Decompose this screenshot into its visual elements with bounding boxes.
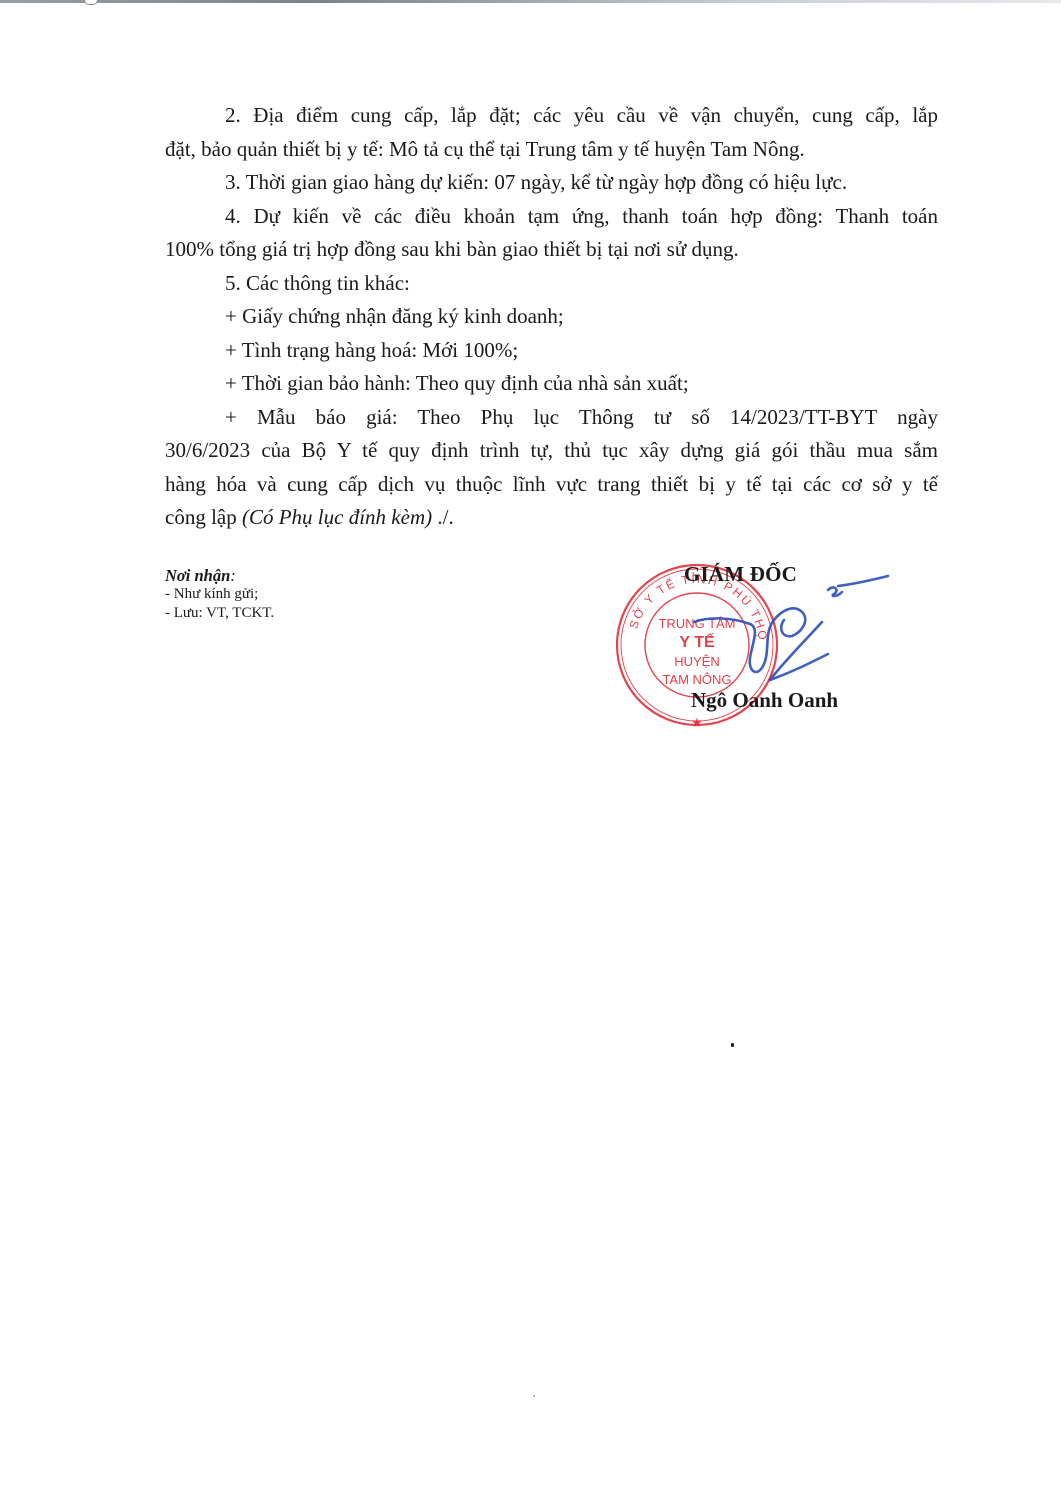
closing-mark: ./. (432, 505, 454, 529)
stamp-star-icon: ★ (691, 715, 703, 730)
signature-block: SỞ Y TẾ TỈNH PHÚ THỌ TRUNG TÂM Y TẾ HUYỆ… (612, 560, 892, 750)
item-2-line-1: 2. Địa điểm cung cấp, lắp đặt; các yêu c… (165, 99, 938, 133)
scan-binder-notch (84, 0, 98, 5)
quote-template-line-2: 30/6/2023 của Bộ Y tế quy định trình tự,… (165, 434, 938, 468)
recipient-item: - Lưu: VT, TCKT. (165, 604, 274, 623)
scan-top-edge (0, 0, 1061, 3)
quote-template-line-1: + Mẫu báo giá: Theo Phụ lục Thông tư số … (165, 401, 938, 435)
item-3: 3. Thời gian giao hàng dự kiến: 07 ngày,… (165, 166, 938, 200)
quote-template-line-3: hàng hóa và cung cấp dịch vụ thuộc lĩnh … (165, 468, 938, 502)
item-5-bullet-business-license: + Giấy chứng nhận đăng ký kinh doanh; (165, 300, 938, 334)
scan-speck (533, 1395, 535, 1397)
recipients-block: Nơi nhận: - Như kính gửi; - Lưu: VT, TCK… (165, 566, 274, 623)
recipients-heading: Nơi nhận: (165, 566, 274, 585)
item-4-line-1: 4. Dự kiến về các điều khoản tạm ứng, th… (165, 200, 938, 234)
item-5-heading: 5. Các thông tin khác: (165, 267, 938, 301)
item-4-line-2: 100% tổng giá trị hợp đồng sau khi bàn g… (165, 233, 938, 267)
item-2-line-2: đặt, bảo quản thiết bị y tế: Mô tả cụ th… (165, 133, 938, 167)
quote-template-line-4: công lập (Có Phụ lục đính kèm) ./. (165, 501, 938, 535)
document-body: 2. Địa điểm cung cấp, lắp đặt; các yêu c… (165, 99, 938, 535)
item-5-bullet-warranty: + Thời gian bảo hành: Theo quy định của … (165, 367, 938, 401)
signer-name: Ngô Oanh Oanh (691, 688, 838, 713)
scan-speck (731, 1043, 734, 1047)
handwritten-signature-icon (632, 568, 892, 698)
item-5-bullet-goods-condition: + Tình trạng hàng hoá: Mới 100%; (165, 334, 938, 368)
recipient-item: - Như kính gửi; (165, 585, 274, 604)
quote-template-line-4-text: công lập (165, 505, 242, 529)
attachment-note: (Có Phụ lục đính kèm) (242, 505, 432, 529)
